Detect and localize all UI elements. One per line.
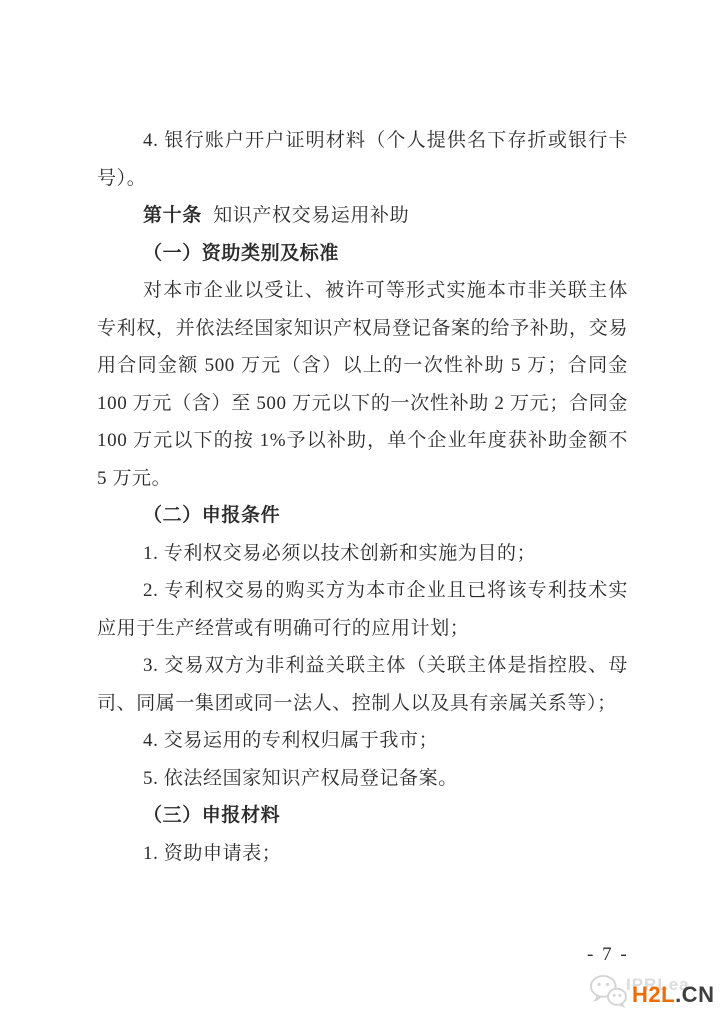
document-body: 4. 银行账户开户证明材料（个人提供名下存折或银行卡账 号）。 第十条知识产权交…: [97, 122, 628, 872]
paragraph-line: 专利权，并依法经国家知识产权局登记备案的给予补助，交易运: [97, 310, 628, 348]
list-item-line: 1. 专利权交易必须以技术创新和实施为目的；: [97, 535, 628, 573]
paragraph-line: 用合同金额 500 万元（含）以上的一次性补助 5 万；合同金额: [97, 347, 628, 385]
document-page: 4. 银行账户开户证明材料（个人提供名下存折或银行卡账 号）。 第十条知识产权交…: [0, 0, 720, 1018]
watermark: IPRLea H2L.CN: [588, 972, 720, 1016]
paragraph-line: 5 万元。: [97, 460, 628, 498]
brand-tld: .CN: [675, 982, 714, 1007]
list-item-line: 5. 依法经国家知识产权局登记备案。: [97, 760, 628, 798]
list-item-line: 司、同属一集团或同一法人、控制人以及具有亲属关系等）；: [97, 685, 628, 723]
section-heading: （一）资助类别及标准: [97, 235, 628, 273]
paragraph-line: 100 万元以下的按 1%予以补助，单个企业年度获补助金额不超过: [97, 422, 628, 460]
paragraph-line: 100 万元（含）至 500 万元以下的一次性补助 2 万元；合同金额: [97, 385, 628, 423]
clause-number: 第十条: [143, 205, 202, 226]
paragraph-line: 对本市企业以受让、被许可等形式实施本市非关联主体的: [97, 272, 628, 310]
paragraph-line: 号）。: [97, 160, 628, 198]
section-heading: （三）申报材料: [97, 797, 628, 835]
list-item-line: 应用于生产经营或有明确可行的应用计划；: [97, 610, 628, 648]
list-item-line: 2. 专利权交易的购买方为本市企业且已将该专利技术实际: [97, 572, 628, 610]
page-number: - 7 -: [587, 944, 629, 966]
wechat-icon: [589, 974, 627, 1010]
brand-name: H2L: [632, 982, 675, 1007]
list-item-line: 3. 交易双方为非利益关联主体（关联主体是指控股、母子公: [97, 647, 628, 685]
watermark-brand: H2L.CN: [632, 982, 714, 1008]
section-heading: （二）申报条件: [97, 497, 628, 535]
clause-title: 知识产权交易运用补助: [213, 205, 409, 226]
list-item-line: 1. 资助申请表；: [97, 835, 628, 873]
paragraph-line: 4. 银行账户开户证明材料（个人提供名下存折或银行卡账: [97, 122, 628, 160]
clause-heading: 第十条知识产权交易运用补助: [97, 197, 628, 235]
list-item-line: 4. 交易运用的专利权归属于我市；: [97, 722, 628, 760]
